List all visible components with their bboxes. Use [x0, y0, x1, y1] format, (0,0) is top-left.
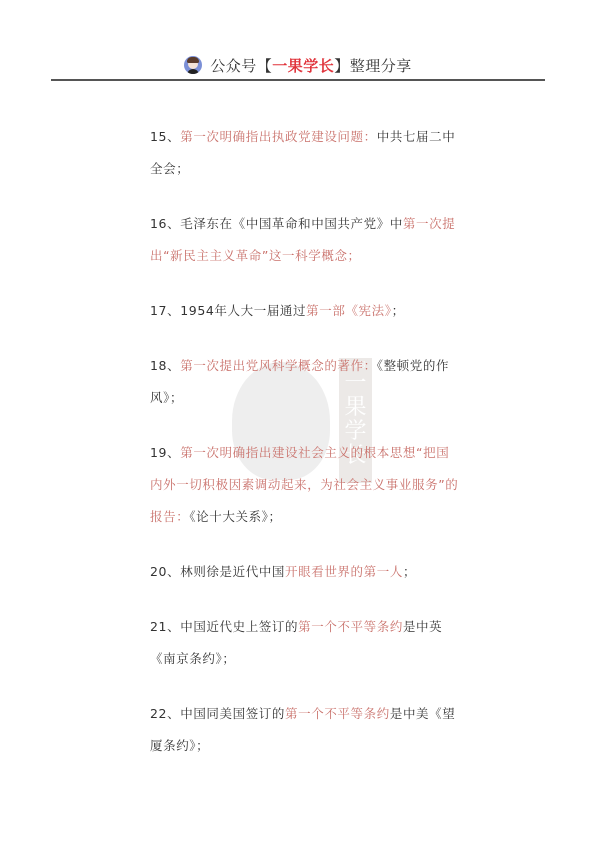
- item-text: 中国同美国签订的: [180, 706, 285, 721]
- header-brand: 一果学长: [272, 57, 334, 75]
- item-highlight: 第一部《宪法》: [306, 303, 391, 318]
- item-number: 15、: [150, 129, 180, 144]
- page-header: 公众号【一果学长】整理分享: [0, 50, 596, 80]
- header-divider: [51, 79, 545, 81]
- item-text: ；: [403, 564, 416, 579]
- item-number: 21、: [150, 619, 180, 634]
- header-text: 公众号【一果学长】整理分享: [210, 55, 412, 76]
- list-item: 22、中国同美国签订的第一个不平等条约是中美《望厦条约》；: [150, 698, 460, 762]
- list-item: 15、第一次明确指出执政党建设问题：中共七届二中全会；: [150, 121, 460, 185]
- item-text: 1954年人大一届通过: [180, 303, 306, 318]
- item-text: ；: [392, 303, 405, 318]
- item-number: 20、: [150, 564, 180, 579]
- header-prefix: 公众号【: [210, 57, 272, 75]
- item-text: 林则徐是近代中国: [180, 564, 285, 579]
- list-item: 19、第一次明确指出建设社会主义的根本思想“把国内外一切积极因素调动起来，为社会…: [150, 437, 460, 533]
- item-number: 19、: [150, 445, 180, 460]
- avatar-icon: [184, 56, 202, 74]
- header-suffix: 】整理分享: [334, 57, 412, 75]
- item-text: 《论十大关系》；: [189, 509, 281, 524]
- item-highlight: 第一个不平等条约: [285, 706, 390, 721]
- item-number: 18、: [150, 358, 180, 373]
- item-text: 中国近代史上签订的: [180, 619, 298, 634]
- item-number: 22、: [150, 706, 180, 721]
- item-number: 17、: [150, 303, 180, 318]
- item-text: 毛泽东在《中国革命和中国共产党》中: [180, 216, 403, 231]
- list-item: 16、毛泽东在《中国革命和中国共产党》中第一次提出“新民主主义革命”这一科学概念…: [150, 208, 460, 272]
- item-highlight: 第一次提出党风科学概念的著作：: [180, 358, 377, 373]
- list-item: 20、林则徐是近代中国开眼看世界的第一人；: [150, 556, 460, 588]
- list-item: 18、第一次提出党风科学概念的著作：《整顿党的作风》；: [150, 350, 460, 414]
- document-body: 15、第一次明确指出执政党建设问题：中共七届二中全会； 16、毛泽东在《中国革命…: [150, 108, 460, 785]
- item-highlight: 第一个不平等条约: [298, 619, 403, 634]
- list-item: 17、1954年人大一届通过第一部《宪法》；: [150, 295, 460, 327]
- item-highlight: 第一次明确指出执政党建设问题：: [180, 129, 377, 144]
- list-item: 21、中国近代史上签订的第一个不平等条约是中英《南京条约》；: [150, 611, 460, 675]
- header-title: 公众号【一果学长】整理分享: [184, 55, 412, 76]
- item-highlight: 开眼看世界的第一人: [285, 564, 403, 579]
- item-number: 16、: [150, 216, 180, 231]
